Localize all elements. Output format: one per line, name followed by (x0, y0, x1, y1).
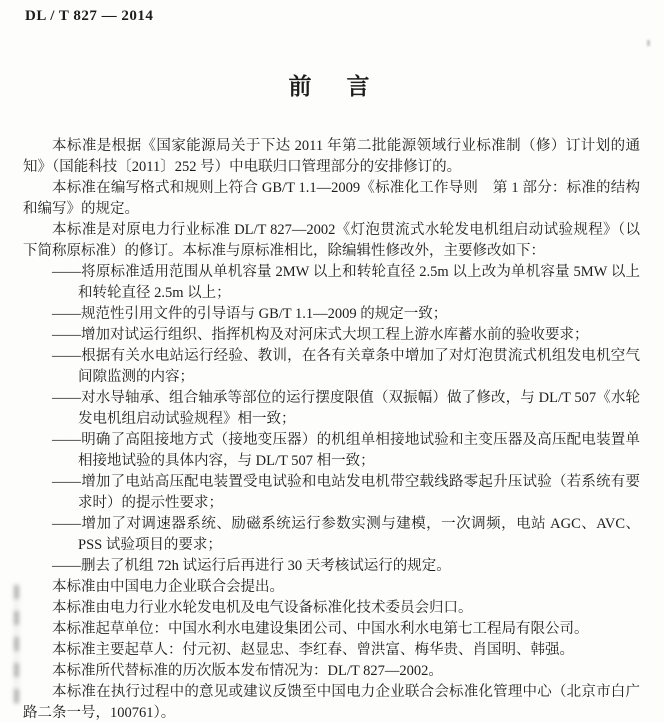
standard-document-page: DL / T 827 — 2014 前 言 本标准是根据《国家能源局关于下达 2… (0, 0, 664, 723)
change-list-item: ——对水导轴承、组合轴承等部位的运行摆度限值（双振幅）做了修改，与 DL/T 5… (23, 388, 640, 430)
paragraph: 本标准是根据《国家能源局关于下达 2011 年第二批能源领域行业标准制（修）订计… (23, 136, 640, 178)
change-list-item: ——规范性引用文件的引导语与 GB/T 1.1—2009 的规定一致； (23, 304, 640, 325)
paragraph: 本标准由电力行业水轮发电机及电气设备标准化技术委员会归口。 (23, 598, 640, 619)
paragraph: 本标准在编写格式和规则上符合 GB/T 1.1—2009《标准化工作导则 第 1… (23, 178, 640, 220)
change-list-item: ——增加对试运行组织、指挥机构及对河床式大坝工程上游水库蓄水前的验收要求； (23, 325, 640, 346)
standard-number: DL / T 827 — 2014 (25, 8, 153, 25)
paragraph: 本标准主要起草人：付元初、赵显忠、李红春、曾洪富、梅华贵、肖国明、韩强。 (23, 640, 640, 661)
change-list-item: ——明确了高阻接地方式（接地变压器）的机组单相接地试验和主变压器及高压配电装置单… (23, 430, 640, 472)
paragraph: 本标准由中国电力企业联合会提出。 (23, 577, 640, 598)
change-list-item: ——增加了电站高压配电装置受电试验和电站发电机带空载线路零起升压试验（若系统有要… (23, 472, 640, 514)
change-list-item: ——删去了机组 72h 试运行后再进行 30 天考核试运行的规定。 (23, 556, 640, 577)
paragraph: 本标准起草单位：中国水利水电建设集团公司、中国水利水电第七工程局有限公司。 (23, 619, 640, 640)
scan-artifact-right (647, 40, 650, 46)
change-list-item: ——增加了对调速器系统、励磁系统运行参数实测与建模，一次调频，电站 AGC、AV… (23, 514, 640, 556)
change-list-item: ——根据有关水电站运行经验、教训，在各有关章条中增加了对灯泡贯流式机组发电机空气… (23, 346, 640, 388)
foreword-body: 本标准是根据《国家能源局关于下达 2011 年第二批能源领域行业标准制（修）订计… (23, 136, 640, 723)
scan-artifact-left (14, 585, 19, 705)
paragraph: 本标准所代替标准的历次版本发布情况为：DL/T 827—2002。 (23, 661, 640, 682)
foreword-title: 前 言 (0, 68, 664, 101)
paragraph: 本标准在执行过程中的意见或建议反馈至中国电力企业联合会标准化管理中心（北京市白广… (23, 682, 640, 723)
change-list-item: ——将原标准适用范围从单机容量 2MW 以上和转轮直径 2.5m 以上改为单机容… (23, 262, 640, 304)
paragraph: 本标准是对原电力行业标准 DL/T 827—2002《灯泡贯流式水轮发电机组启动… (23, 220, 640, 262)
